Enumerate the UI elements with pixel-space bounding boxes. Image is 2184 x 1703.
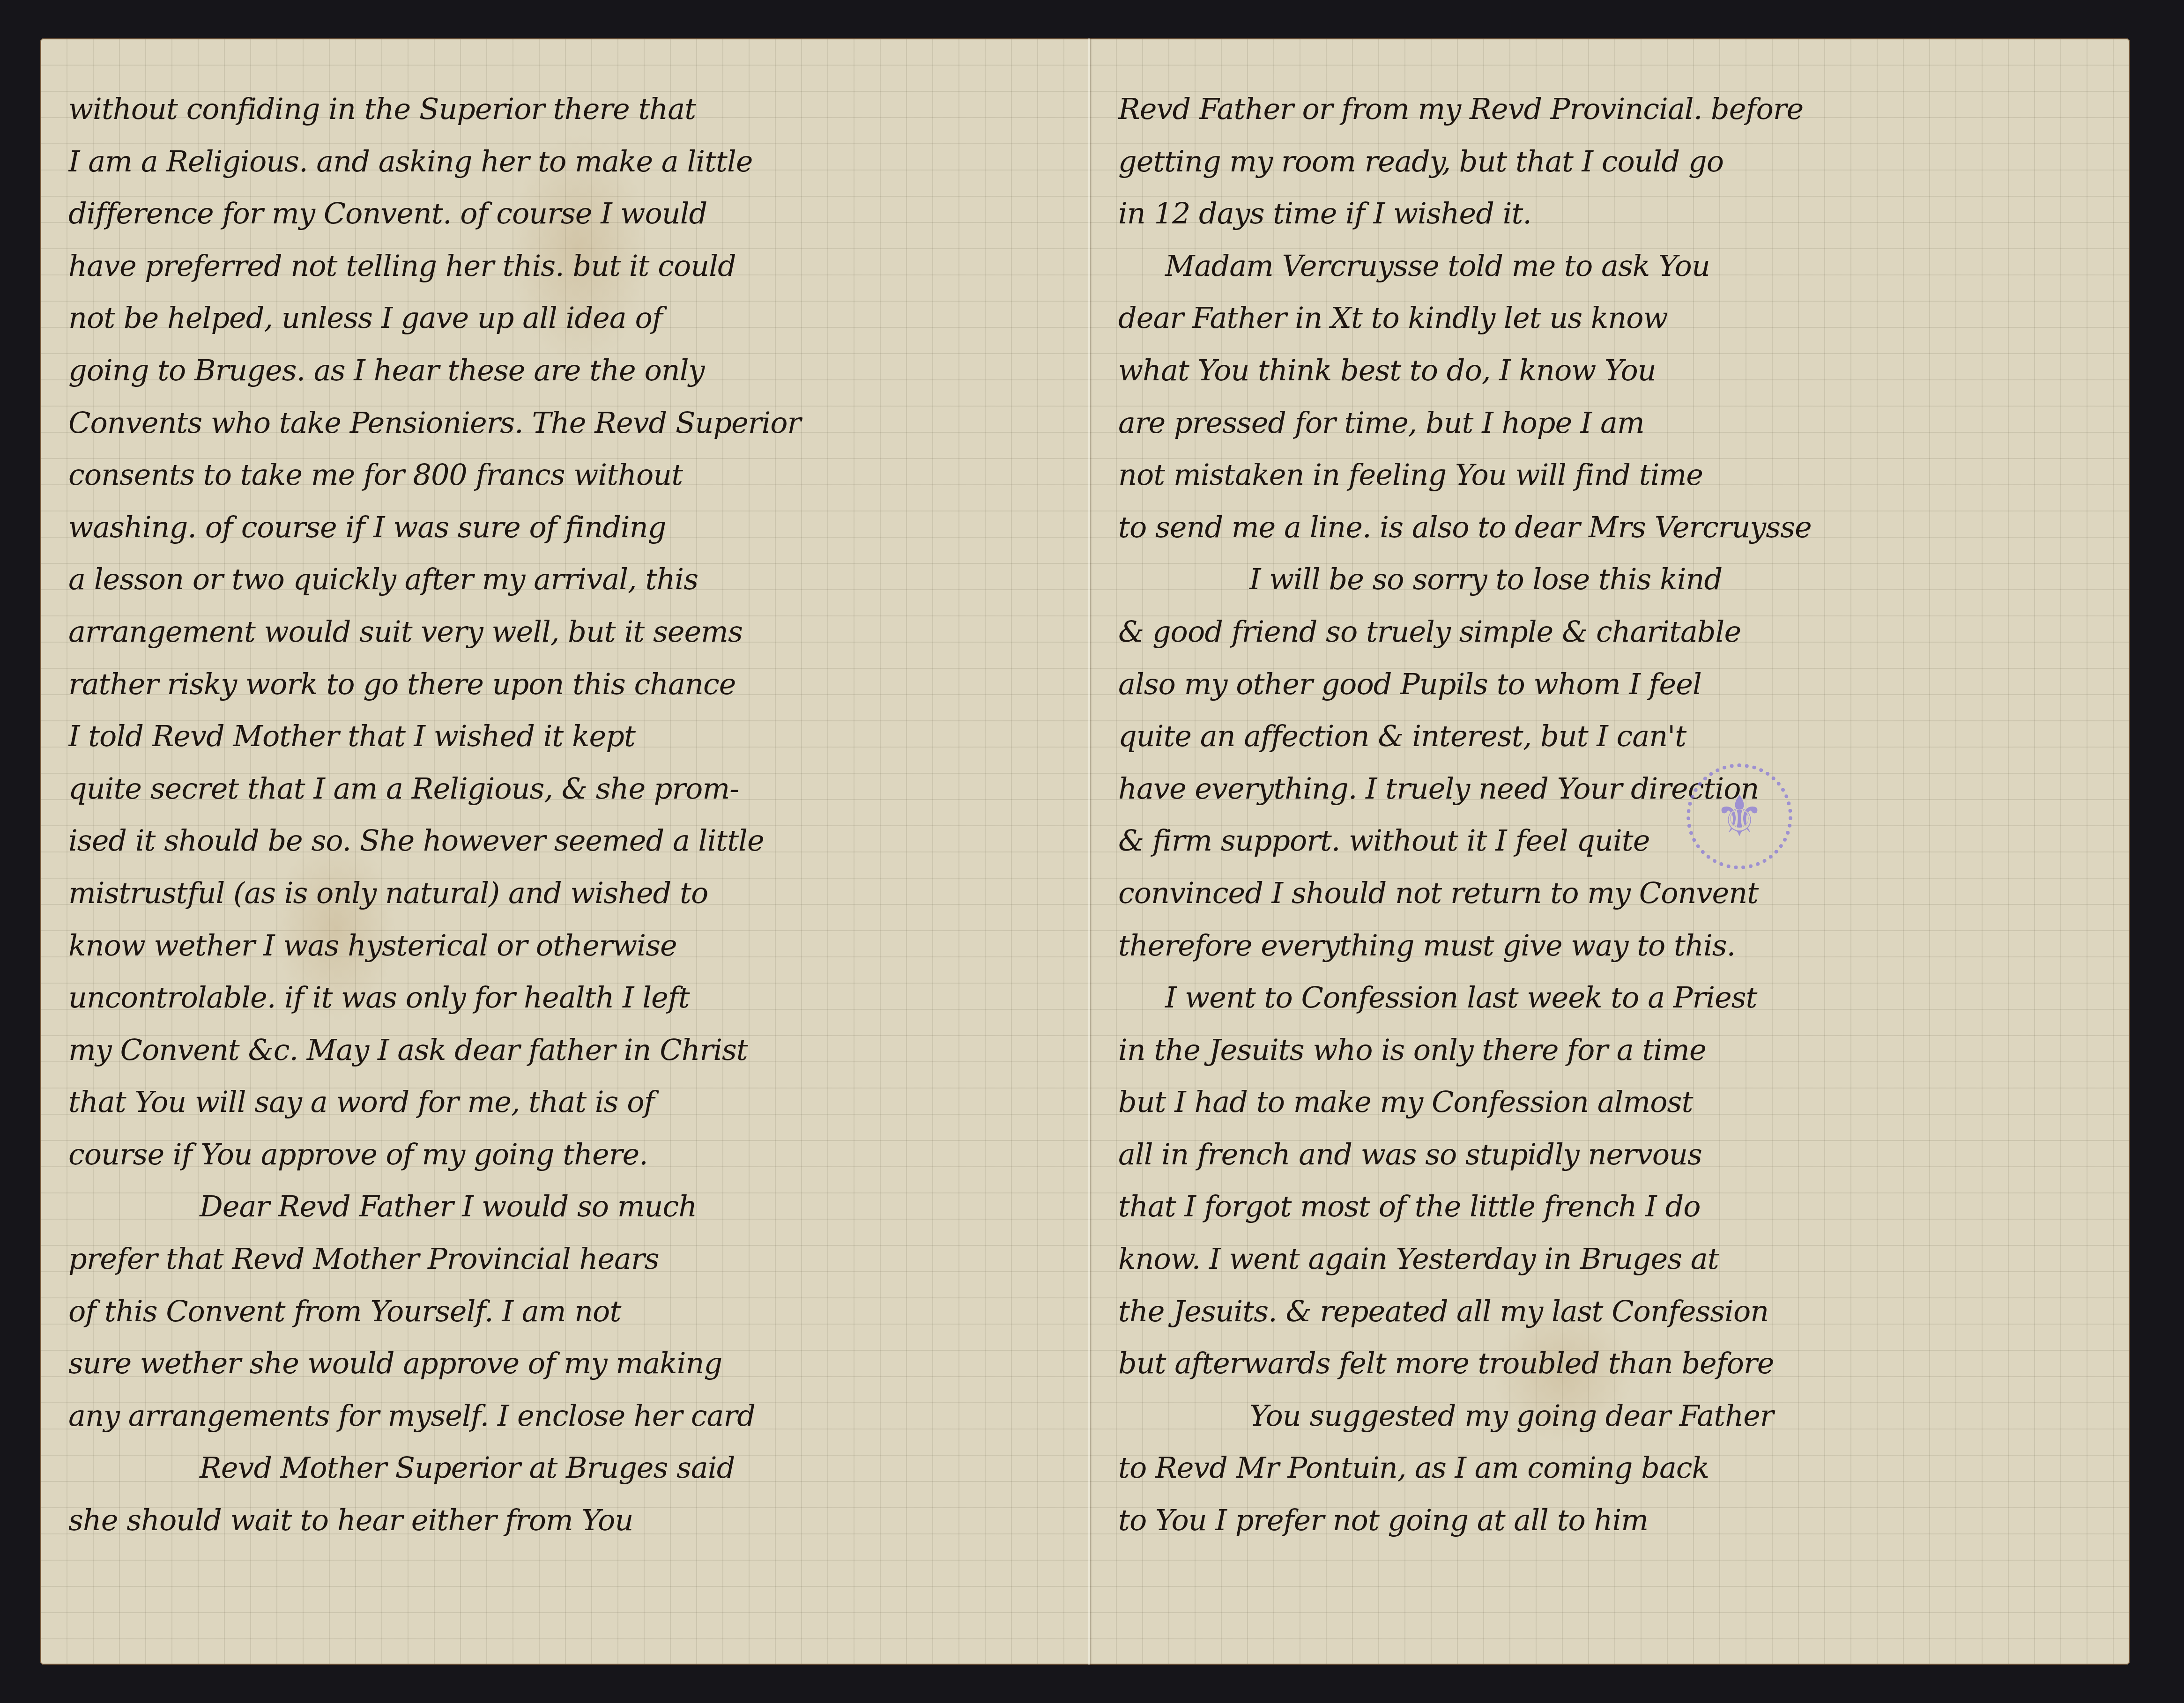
paragraph-start-line: Revd Mother Superior at Bruges said xyxy=(68,1442,1065,1494)
text-line: rather risky work to go there upon this … xyxy=(68,658,1065,711)
text-line: a lesson or two quickly after my arrival… xyxy=(68,553,1065,606)
text-line: what You think best to do, I know You xyxy=(1118,344,2106,397)
text-line: to send me a line. is also to dear Mrs V… xyxy=(1118,501,2106,554)
text-line: going to Bruges. as I hear these are the… xyxy=(68,344,1065,397)
paragraph-start-line: Dear Revd Father I would so much xyxy=(68,1180,1065,1233)
text-line: consents to take me for 800 francs witho… xyxy=(68,449,1065,501)
text-line: any arrangements for myself. I enclose h… xyxy=(68,1390,1065,1442)
text-line: not be helped, unless I gave up all idea… xyxy=(68,292,1065,344)
text-line: Revd Father or from my Revd Provincial. … xyxy=(1118,83,2106,135)
text-line: the Jesuits. & repeated all my last Conf… xyxy=(1118,1285,2106,1338)
text-line: washing. of course if I was sure of find… xyxy=(68,501,1065,554)
fleur-de-lis-stamp-icon: ⚜ xyxy=(1686,763,1792,869)
text-line: difference for my Convent. of course I w… xyxy=(68,187,1065,240)
text-line: quite secret that I am a Religious, & sh… xyxy=(68,763,1065,815)
text-line: quite an affection & interest, but I can… xyxy=(1118,710,2106,763)
letter-sheet: without confiding in the Superior there … xyxy=(40,38,2130,1665)
text-line: I told Revd Mother that I wished it kept xyxy=(68,710,1065,763)
text-line: are pressed for time, but I hope I am xyxy=(1118,397,2106,449)
text-line: that You will say a word for me, that is… xyxy=(68,1076,1065,1128)
text-line: ised it should be so. She however seemed… xyxy=(68,814,1065,867)
right-page-text: Revd Father or from my Revd Provincial. … xyxy=(1118,83,2106,1547)
text-line: I am a Religious. and asking her to make… xyxy=(68,135,1065,188)
text-line: arrangement would suit very well, but it… xyxy=(68,606,1065,658)
text-line: my Convent &c. May I ask dear father in … xyxy=(68,1024,1065,1076)
text-line: all in french and was so stupidly nervou… xyxy=(1118,1128,2106,1181)
paragraph-start-line: You suggested my going dear Father xyxy=(1118,1390,2106,1442)
text-line: uncontrolable. if it was only for health… xyxy=(68,971,1065,1024)
text-line: prefer that Revd Mother Provincial hears xyxy=(68,1233,1065,1285)
text-line: to Revd Mr Pontuin, as I am coming back xyxy=(1118,1442,2106,1494)
text-line: in the Jesuits who is only there for a t… xyxy=(1118,1024,2106,1076)
text-line: that I forgot most of the little french … xyxy=(1118,1180,2106,1233)
left-page-text: without confiding in the Superior there … xyxy=(68,83,1065,1547)
text-line: know wether I was hysterical or otherwis… xyxy=(68,919,1065,972)
text-line: & good friend so truely simple & charita… xyxy=(1118,606,2106,658)
text-line: Convents who take Pensioniers. The Revd … xyxy=(68,397,1065,449)
text-line: sure wether she would approve of my maki… xyxy=(68,1337,1065,1390)
paragraph-start-line: I went to Confession last week to a Prie… xyxy=(1118,971,2106,1024)
paragraph-start-line: Madam Vercruysse told me to ask You xyxy=(1118,240,2106,292)
text-line: also my other good Pupils to whom I feel xyxy=(1118,658,2106,711)
text-line: convinced I should not return to my Conv… xyxy=(1118,867,2106,919)
right-page: Revd Father or from my Revd Provincial. … xyxy=(1090,38,2130,1665)
text-line: therefore everything must give way to th… xyxy=(1118,919,2106,972)
text-line: she should wait to hear either from You xyxy=(68,1494,1065,1547)
left-page: without confiding in the Superior there … xyxy=(40,38,1088,1665)
text-line: know. I went again Yesterday in Bruges a… xyxy=(1118,1233,2106,1285)
text-line: have preferred not telling her this. but… xyxy=(68,240,1065,292)
text-line: but I had to make my Confession almost xyxy=(1118,1076,2106,1128)
text-line: without confiding in the Superior there … xyxy=(68,83,1065,135)
text-line: mistrustful (as is only natural) and wis… xyxy=(68,867,1065,919)
text-line: not mistaken in feeling You will find ti… xyxy=(1118,449,2106,501)
paragraph-start-line: I will be so sorry to lose this kind xyxy=(1118,553,2106,606)
text-line: course if You approve of my going there. xyxy=(68,1128,1065,1181)
text-line: & firm support. without it I feel quite xyxy=(1118,814,2106,867)
text-line: in 12 days time if I wished it. xyxy=(1118,187,2106,240)
text-line: of this Convent from Yourself. I am not xyxy=(68,1285,1065,1338)
text-line: dear Father in Xt to kindly let us know xyxy=(1118,292,2106,344)
text-line: but afterwards felt more troubled than b… xyxy=(1118,1337,2106,1390)
text-line: to You I prefer not going at all to him xyxy=(1118,1494,2106,1547)
text-line: have everything. I truely need Your dire… xyxy=(1118,763,2106,815)
text-line: getting my room ready, but that I could … xyxy=(1118,135,2106,188)
